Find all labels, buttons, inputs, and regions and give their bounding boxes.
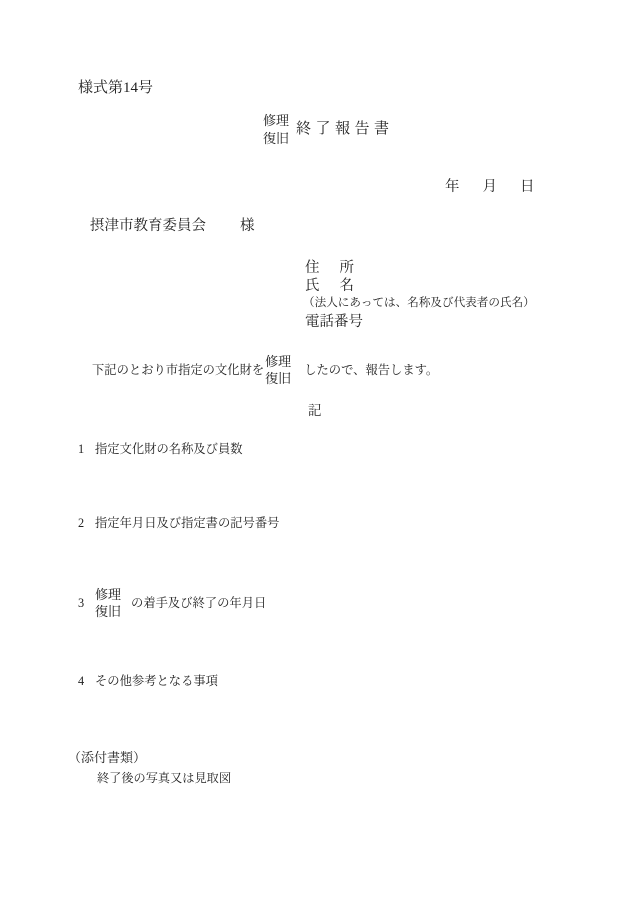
item-1: 1 指定文化財の名称及び員数 [78, 442, 243, 456]
item-2-number: 2 [78, 516, 95, 530]
body-suffix: したので、報告します。 [304, 363, 438, 377]
item-1-number: 1 [78, 442, 95, 456]
record-marker: 記 [308, 403, 322, 419]
sender-name-label: 氏 名 [305, 278, 354, 295]
item-3-option-restoration: 復旧 [95, 603, 121, 620]
completion-report-form-page: 様式第14号 修理 復旧 終了報告書 年 月 日 摂津市教育委員会 様 住 所 … [0, 0, 630, 903]
report-title: 修理 復旧 終了報告書 [263, 112, 394, 148]
item-3-option-repair: 修理 [95, 586, 121, 603]
attachments-heading: （添付書類） [68, 751, 146, 766]
addressee-name: 摂津市教育委員会 [90, 218, 206, 235]
sender-name-label-left: 氏 [305, 278, 320, 295]
date-day-label: 日 [520, 179, 535, 196]
item-2-text: 指定年月日及び指定書の記号番号 [95, 516, 279, 530]
sender-address-label: 住 所 [305, 260, 354, 277]
title-text: 終了報告書 [296, 121, 394, 138]
item-3-text: の着手及び終了の年月日 [131, 596, 266, 610]
title-option-stack: 修理 復旧 [263, 112, 289, 148]
item-4-text: その他参考となる事項 [95, 674, 218, 688]
body-option-stack: 修理 復旧 [265, 353, 291, 387]
title-option-repair: 修理 [263, 112, 289, 130]
form-number: 様式第14号 [78, 80, 153, 97]
sender-address-label-right: 所 [340, 260, 355, 277]
sender-name-label-right: 名 [340, 278, 355, 295]
item-1-text: 指定文化財の名称及び員数 [95, 442, 243, 456]
item-2: 2 指定年月日及び指定書の記号番号 [78, 516, 279, 530]
body-option-repair: 修理 [265, 353, 291, 370]
item-3-option-stack: 修理 復旧 [95, 586, 121, 620]
sender-phone-label: 電話番号 [305, 314, 363, 331]
attachments-item: 終了後の写真又は見取図 [97, 771, 231, 785]
date-month-label: 月 [483, 179, 498, 196]
item-4-number: 4 [78, 674, 95, 688]
sender-corporate-note: （法人にあっては、名称及び代表者の氏名） [303, 296, 535, 309]
date-line: 年 月 日 [445, 179, 535, 196]
body-prefix: 下記のとおり市指定の文化財を [92, 363, 264, 377]
item-4: 4 その他参考となる事項 [78, 674, 218, 688]
item-3: 3 修理 復旧 の着手及び終了の年月日 [78, 586, 266, 620]
addressee-honorific: 様 [240, 218, 255, 235]
body-paragraph: 下記のとおり市指定の文化財を 修理 復旧 したので、報告します。 [92, 353, 438, 387]
addressee-line: 摂津市教育委員会 様 [90, 218, 255, 235]
body-option-restoration: 復旧 [265, 370, 291, 387]
title-option-restoration: 復旧 [263, 130, 289, 148]
date-year-label: 年 [445, 179, 460, 196]
item-3-number: 3 [78, 596, 95, 610]
sender-address-label-left: 住 [305, 260, 320, 277]
